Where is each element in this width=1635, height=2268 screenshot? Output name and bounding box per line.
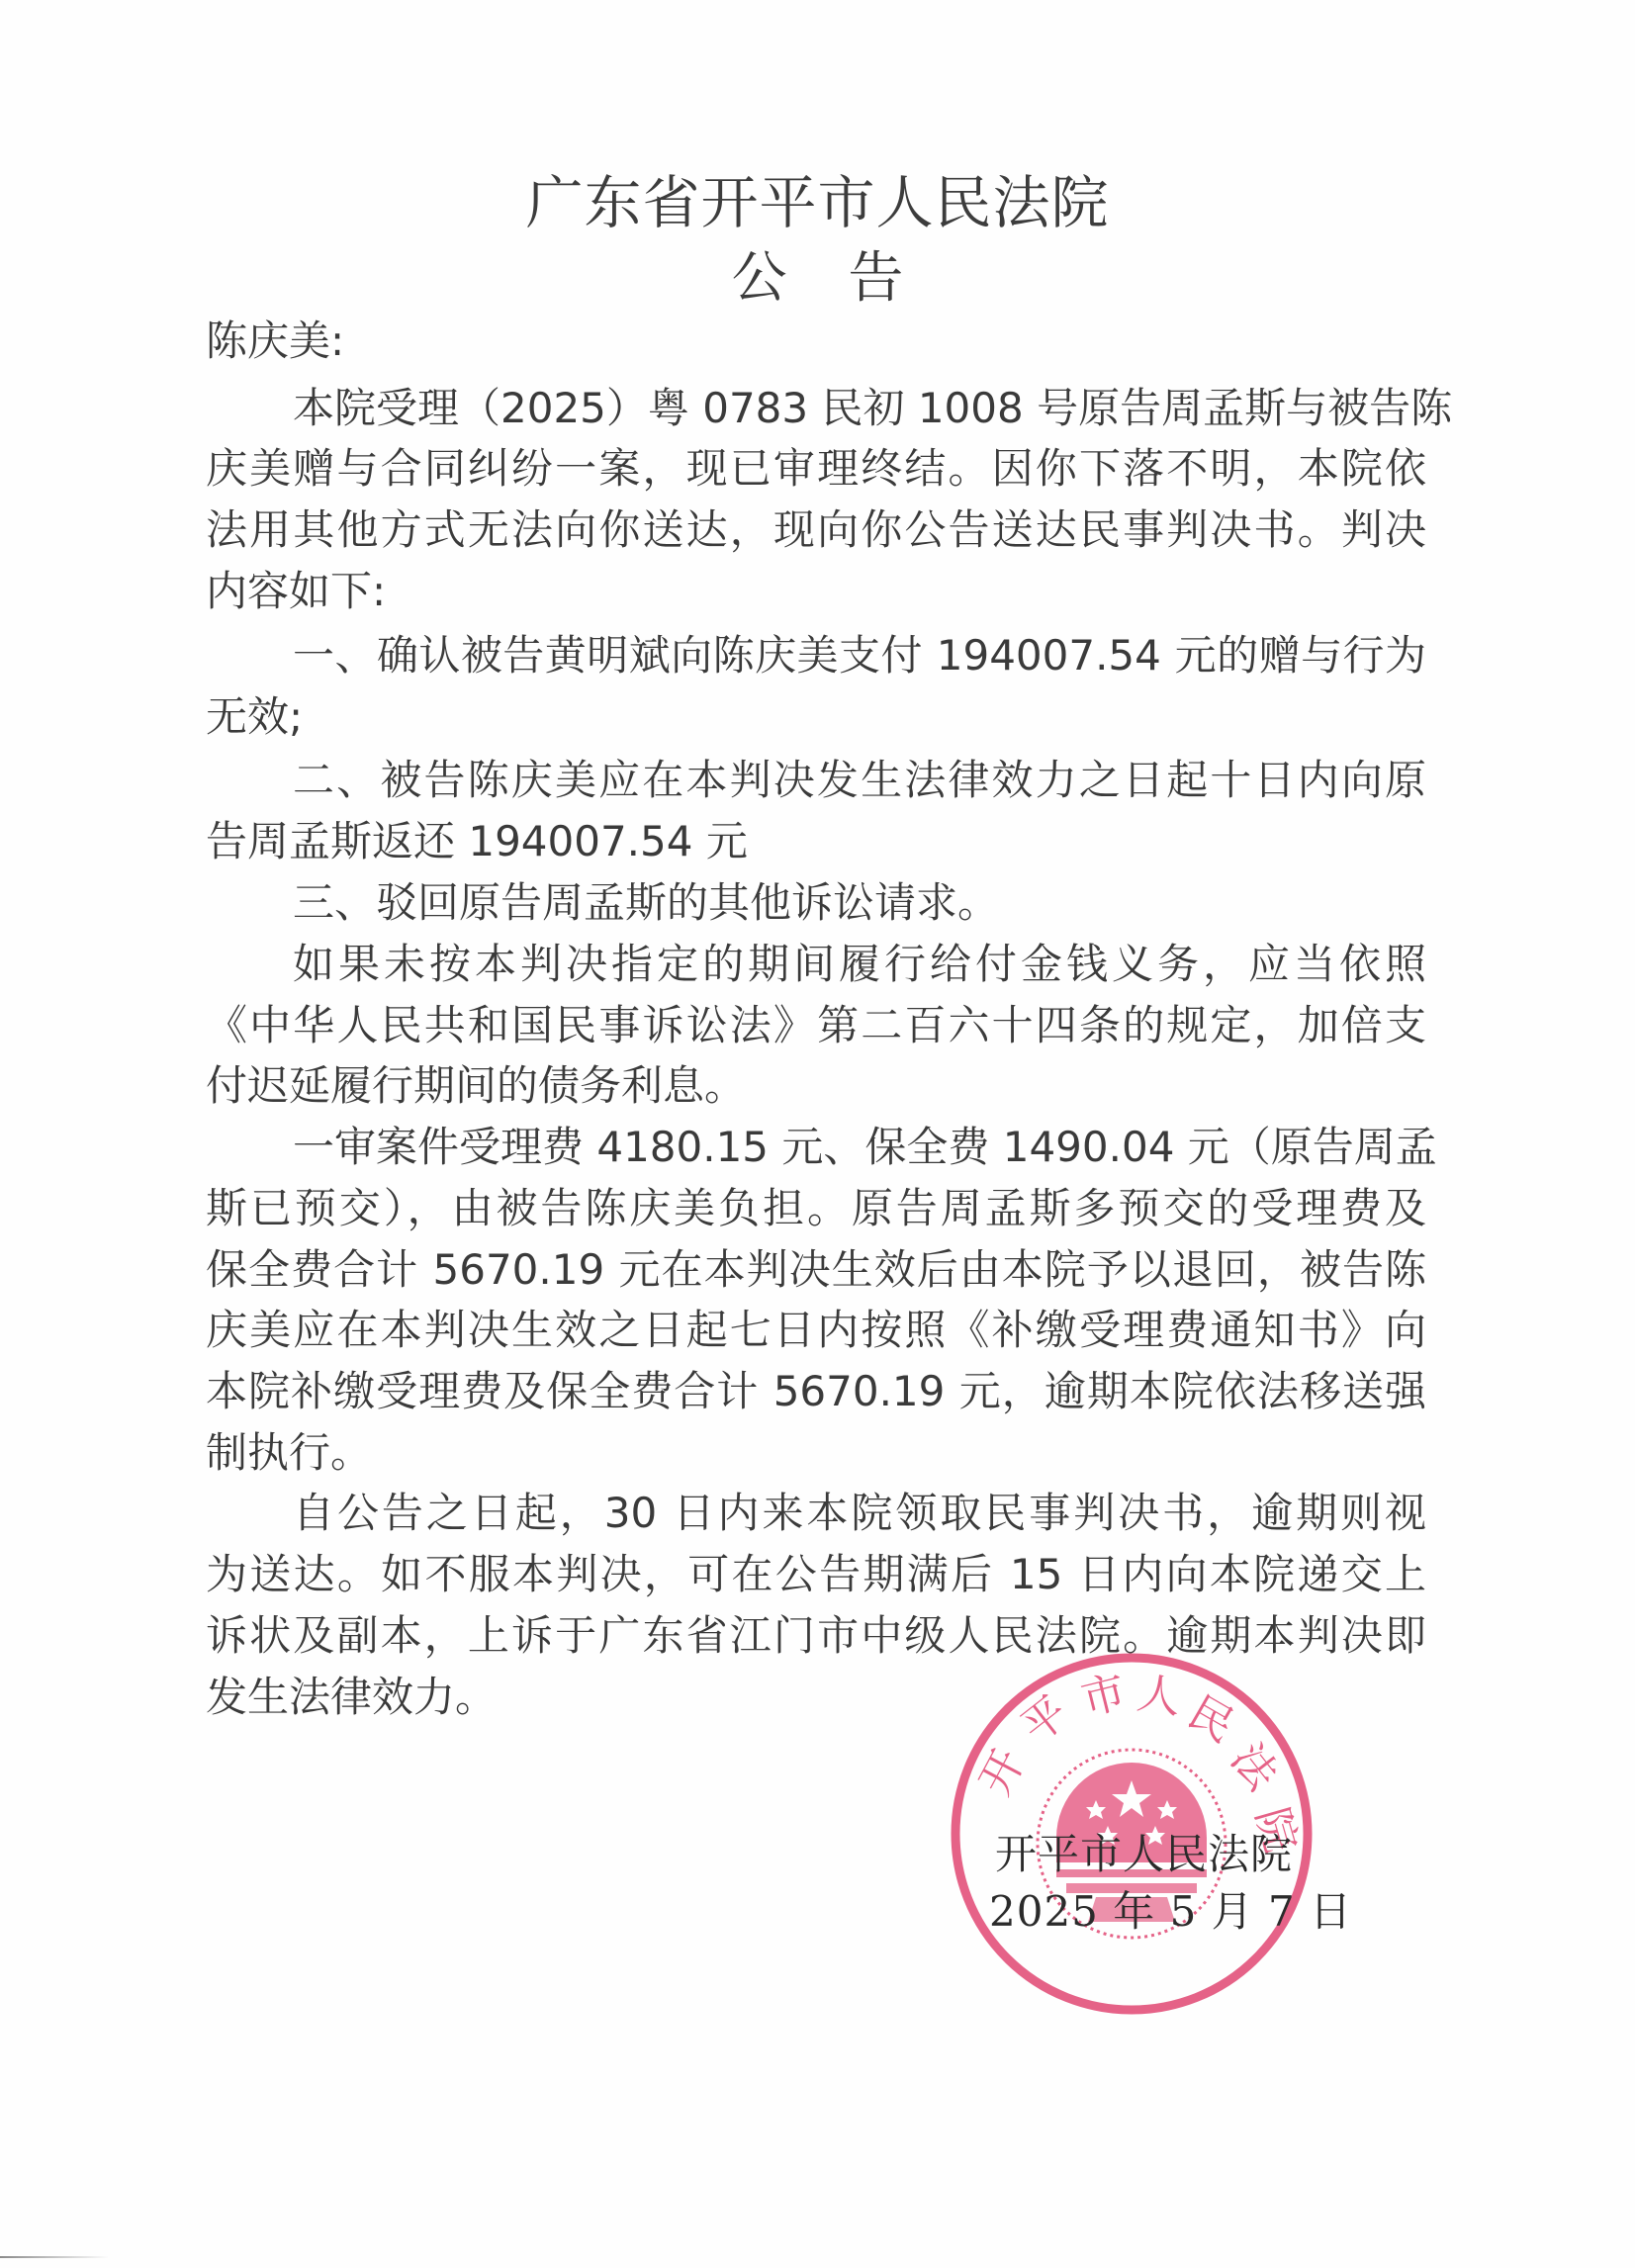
court-name-title: 广东省开平市人民法院 — [0, 170, 1635, 235]
scan-edge-line — [0, 2256, 109, 2258]
svg-text:人: 人 — [1134, 1668, 1184, 1724]
signature-court-name: 开平市人民法院 — [995, 1830, 1293, 1879]
announcement-heading: 公 告 — [0, 247, 1635, 311]
body-line: 庆美赠与合同纠纷一案，现已审理终结。因你下落不明，本院依 — [206, 442, 1426, 496]
body-line: 本院补缴受理费及保全费合计 5670.19 元，逾期本院依法移送强 — [206, 1365, 1426, 1418]
salutation: 陈庆美: — [206, 315, 1426, 368]
body-line: 告周孟斯返还 194007.54 元 — [206, 815, 1426, 868]
body-line: 付迟延履行期间的债务利息。 — [206, 1059, 1426, 1113]
svg-text:市: 市 — [1076, 1667, 1131, 1726]
body-line: 制执行。 — [206, 1426, 1426, 1480]
body-line: 一审案件受理费 4180.15 元、保全费 1490.04 元（原告周孟 — [293, 1121, 1426, 1174]
body-line: 为送达。如不服本判决，可在公告期满后 15 日内向本院递交上 — [206, 1548, 1426, 1601]
signature-date: 2025 年 5 月 7 日 — [989, 1887, 1352, 1937]
body-line: 《中华人民共和国民事诉讼法》第二百六十四条的规定，加倍支 — [206, 999, 1426, 1052]
body-line: 三、驳回原告周孟斯的其他诉讼请求。 — [293, 876, 1426, 930]
body-line: 二、被告陈庆美应在本判决发生法律效力之日起十日内向原 — [293, 754, 1426, 807]
body-line: 本院受理（2025）粤 0783 民初 1008 号原告周孟斯与被告陈 — [293, 382, 1426, 435]
body-line: 一、确认被告黄明斌向陈庆美支付 194007.54 元的赠与行为 — [293, 629, 1426, 682]
body-line: 无效; — [206, 690, 1426, 744]
body-line: 自公告之日起，30 日内来本院领取民事判决书，逾期则视 — [293, 1487, 1426, 1540]
body-line: 庆美应在本判决生效之日起七日内按照《补缴受理费通知书》向 — [206, 1304, 1426, 1357]
body-line: 斯已预交），由被告陈庆美负担。原告周孟斯多预交的受理费及 — [206, 1182, 1426, 1235]
body-line: 保全费合计 5670.19 元在本判决生效后由本院予以退回，被告陈 — [206, 1243, 1426, 1297]
body-line: 如果未按本判决指定的期间履行给付金钱义务，应当依照 — [293, 938, 1426, 991]
svg-text:民: 民 — [1180, 1686, 1243, 1752]
body-line: 法用其他方式无法向你送达，现向你公告送达民事判决书。判决 — [206, 503, 1426, 557]
body-line: 内容如下: — [206, 565, 1426, 618]
court-announcement-page: 广东省开平市人民法院 公 告 陈庆美: 本院受理（2025）粤 0783 民初 … — [0, 0, 1635, 2268]
